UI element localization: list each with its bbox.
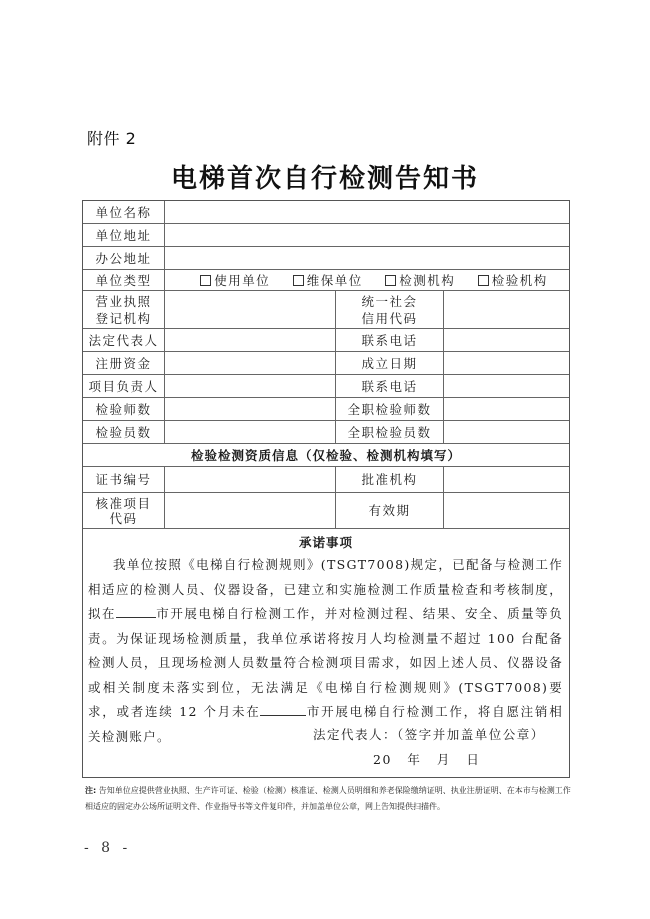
row-inspector-staff: 检验员数 全职检验员数	[83, 421, 569, 444]
label-line: 登记机构	[95, 310, 151, 327]
cert-no-label: 证书编号	[83, 467, 165, 492]
note-prefix: 注:	[85, 786, 96, 795]
attachment-label: 附件 2	[87, 126, 136, 149]
row-unit-type: 单位类型 使用单位 维保单位 检测机构 检验机构	[83, 270, 569, 291]
page-number: - 8 -	[84, 840, 131, 856]
project-lead-field[interactable]	[165, 375, 336, 397]
row-reg-capital: 注册资金 成立日期	[83, 352, 569, 375]
unit-type-options: 使用单位 维保单位 检测机构 检验机构	[165, 270, 569, 290]
lead-phone-label: 联系电话	[336, 375, 444, 397]
established-date-label: 成立日期	[336, 352, 444, 374]
row-approved-item: 核准项目 代码 有效期	[83, 493, 569, 529]
fulltime-inspectors-field[interactable]	[444, 398, 569, 420]
contact-phone-field[interactable]	[444, 329, 569, 351]
option-label: 检验机构	[492, 271, 548, 289]
unit-type-label: 单位类型	[83, 270, 165, 290]
signature-label: 法定代表人：（签字并加盖单位公章）	[313, 725, 545, 743]
approval-authority-field[interactable]	[444, 467, 569, 492]
row-office-address: 办公地址	[83, 247, 569, 270]
option-label: 使用单位	[214, 271, 270, 289]
note-text: 告知单位应提供营业执照、生产许可证、检验（检测）核准证、检测人员明细和养老保险缴…	[85, 786, 571, 811]
inspector-staff-field[interactable]	[165, 421, 336, 443]
unit-name-field[interactable]	[165, 201, 569, 223]
checkbox-icon[interactable]	[385, 275, 396, 286]
approved-item-field[interactable]	[165, 493, 336, 528]
commitment-text-part: 市开展电梯自行检测工作，并对检测过程、结果、安全、质量等负责。为保证现场检测质量…	[88, 606, 563, 719]
reg-capital-field[interactable]	[165, 352, 336, 374]
checkbox-icon[interactable]	[478, 275, 489, 286]
label-line: 信用代码	[361, 310, 417, 327]
city-blank-2[interactable]	[260, 703, 306, 716]
unit-address-label: 单位地址	[83, 224, 165, 246]
validity-field[interactable]	[444, 493, 569, 528]
office-address-field[interactable]	[165, 247, 569, 269]
legal-rep-label: 法定代表人	[83, 329, 165, 351]
notification-form: 单位名称 单位地址 办公地址 单位类型 使用单位 维保单位 检测机构 检验机构 …	[82, 200, 570, 778]
unit-address-field[interactable]	[165, 224, 569, 246]
inspectors-label: 检验师数	[83, 398, 165, 420]
option-testing-agency[interactable]: 检测机构	[385, 270, 455, 290]
date-line: 20 年 月 日	[373, 750, 480, 768]
row-project-lead: 项目负责人 联系电话	[83, 375, 569, 398]
row-legal-rep: 法定代表人 联系电话	[83, 329, 569, 352]
option-maintenance-unit[interactable]: 维保单位	[293, 270, 363, 290]
option-user-unit[interactable]: 使用单位	[200, 270, 270, 290]
footnote: 注: 告知单位应提供营业执照、生产许可证、检验（检测）核准证、检测人员明细和养老…	[85, 783, 575, 815]
license-authority-field[interactable]	[165, 291, 336, 328]
commitment-heading: 承诺事项	[83, 533, 569, 551]
commitment-text: 我单位按照《电梯自行检测规则》(TSGT7008)规定，已配备与检测工作相适应的…	[88, 553, 563, 749]
qualification-heading: 检验检测资质信息（仅检验、检测机构填写）	[83, 444, 569, 466]
commitment-section: 承诺事项 我单位按照《电梯自行检测规则》(TSGT7008)规定，已配备与检测工…	[83, 529, 569, 777]
approval-authority-label: 批准机构	[336, 467, 444, 492]
checkbox-icon[interactable]	[293, 275, 304, 286]
cert-no-field[interactable]	[165, 467, 336, 492]
fulltime-staff-label: 全职检验员数	[336, 421, 444, 443]
legal-rep-field[interactable]	[165, 329, 336, 351]
established-date-field[interactable]	[444, 352, 569, 374]
label-line: 营业执照	[95, 293, 151, 310]
validity-label: 有效期	[336, 493, 444, 528]
row-inspectors: 检验师数 全职检验师数	[83, 398, 569, 421]
label-line: 统一社会	[361, 293, 417, 310]
approved-item-label: 核准项目 代码	[83, 493, 165, 528]
city-blank-1[interactable]	[116, 605, 156, 618]
checkbox-icon[interactable]	[200, 275, 211, 286]
row-cert-no: 证书编号 批准机构	[83, 467, 569, 493]
row-unit-name: 单位名称	[83, 201, 569, 224]
label-line: 核准项目	[95, 496, 151, 511]
option-label: 维保单位	[307, 271, 363, 289]
document-title: 电梯首次自行检测告知书	[0, 158, 650, 195]
row-license-authority: 营业执照 登记机构 统一社会 信用代码	[83, 291, 569, 329]
fulltime-staff-field[interactable]	[444, 421, 569, 443]
fulltime-inspectors-label: 全职检验师数	[336, 398, 444, 420]
label-line: 代码	[109, 511, 137, 526]
project-lead-label: 项目负责人	[83, 375, 165, 397]
row-unit-address: 单位地址	[83, 224, 569, 247]
option-label: 检测机构	[399, 271, 455, 289]
row-qualification-heading: 检验检测资质信息（仅检验、检测机构填写）	[83, 444, 569, 467]
office-address-label: 办公地址	[83, 247, 165, 269]
inspector-staff-label: 检验员数	[83, 421, 165, 443]
option-inspection-agency[interactable]: 检验机构	[478, 270, 548, 290]
credit-code-field[interactable]	[444, 291, 569, 328]
license-authority-label: 营业执照 登记机构	[83, 291, 165, 328]
inspectors-field[interactable]	[165, 398, 336, 420]
contact-phone-label: 联系电话	[336, 329, 444, 351]
credit-code-label: 统一社会 信用代码	[336, 291, 444, 328]
unit-name-label: 单位名称	[83, 201, 165, 223]
lead-phone-field[interactable]	[444, 375, 569, 397]
reg-capital-label: 注册资金	[83, 352, 165, 374]
